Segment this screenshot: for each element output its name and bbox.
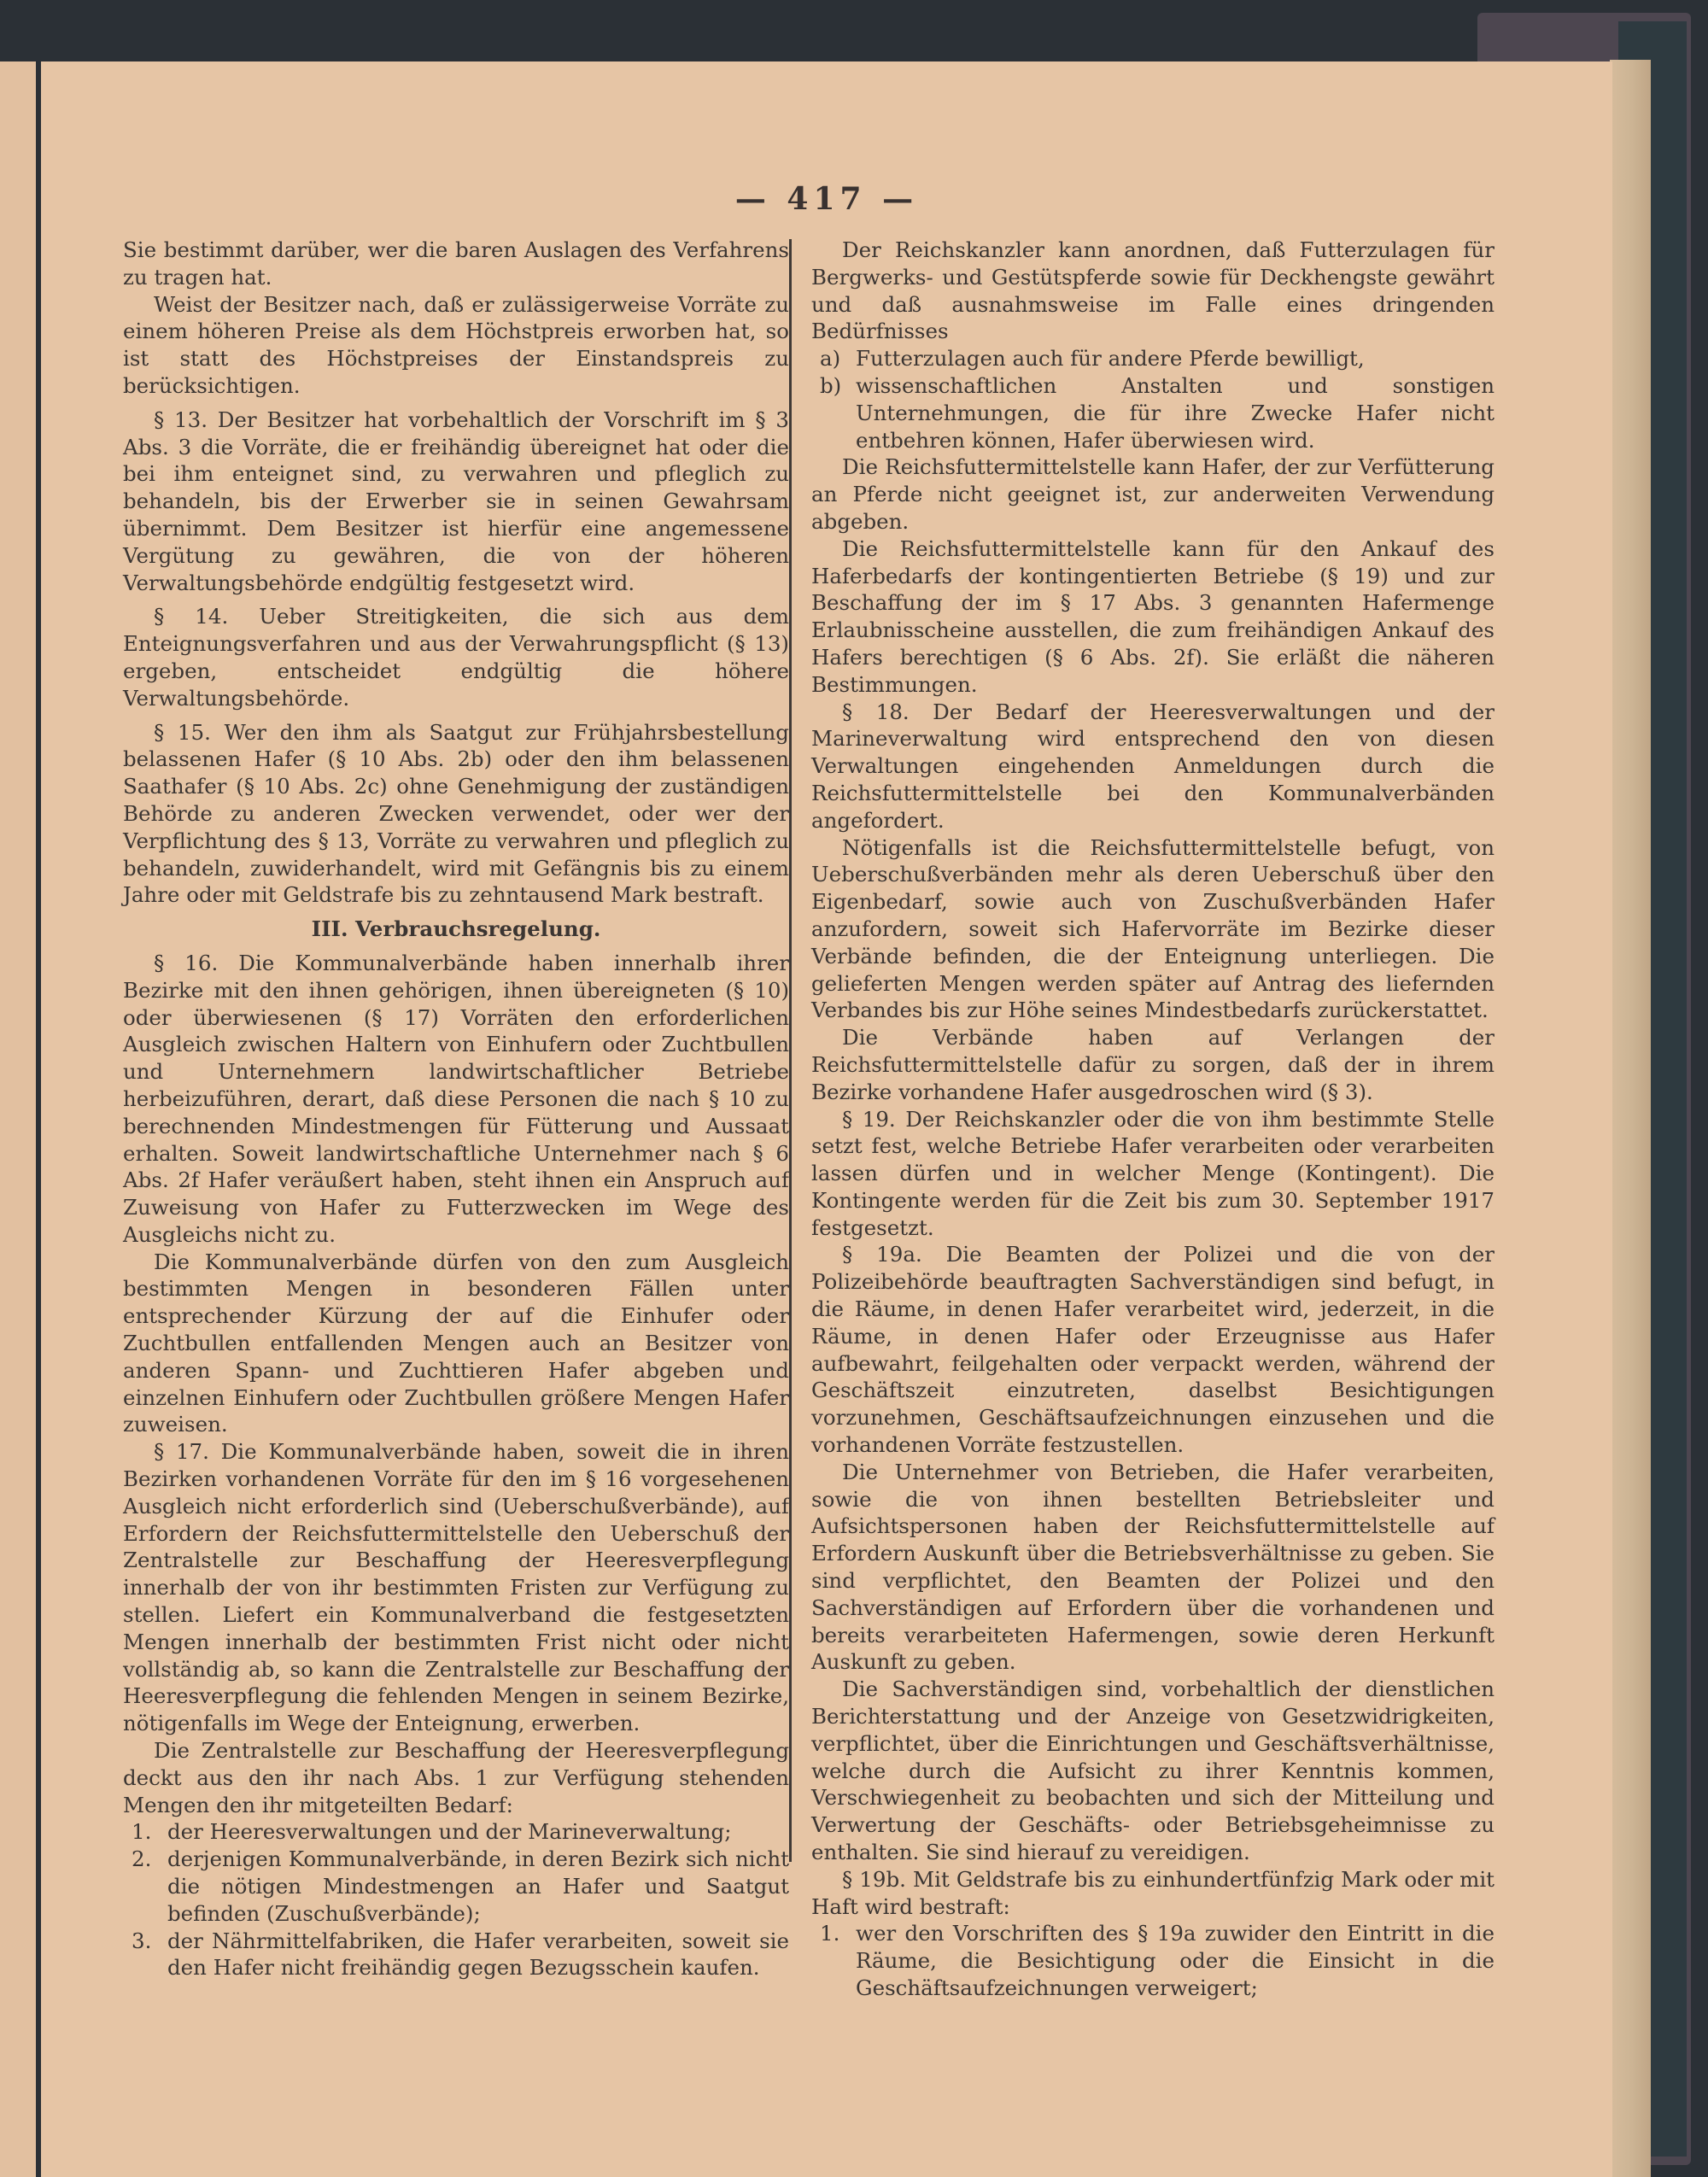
- facing-page-edge: [0, 61, 36, 2177]
- paragraph: Nötigenfalls ist die Reichsfuttermittels…: [811, 834, 1494, 1025]
- section-14: § 14. Ueber Streitigkeiten, die sich aus…: [123, 603, 789, 711]
- paragraph: Der Reichskanzler kann anordnen, daß Fut…: [811, 237, 1494, 345]
- section-heading: III. Verbrauchsregelung.: [123, 916, 789, 943]
- section-19: § 19. Der Reichskanzler oder die von ihm…: [811, 1106, 1494, 1242]
- section-19a: § 19a. Die Beamten der Polizei und die v…: [811, 1241, 1494, 1458]
- list-item: 1. wer den Vorschriften des § 19a zuwide…: [811, 1920, 1494, 2001]
- list-item: a) Futterzulagen auch für andere Pferde …: [811, 345, 1494, 372]
- left-column: Sie bestimmt darüber, wer die baren Ausl…: [123, 237, 789, 1981]
- list-item: b) wissenschaftlichen Anstalten und sons…: [811, 372, 1494, 454]
- list-item: 1. der Heeresverwaltungen und der Marine…: [123, 1818, 789, 1846]
- page-number: — 417 —: [41, 181, 1612, 217]
- paragraph: Die Sachverständigen sind, vorbehaltlich…: [811, 1676, 1494, 1866]
- column-divider: [789, 239, 792, 1862]
- paragraph: Die Verbände haben auf Verlangen der Rei…: [811, 1024, 1494, 1105]
- list-item: 2. derjenigen Kommunalverbände, in deren…: [123, 1846, 789, 1927]
- page-stack-edge: [1610, 60, 1651, 2177]
- document-page: — 417 — Sie bestimmt darüber, wer die ba…: [41, 61, 1612, 2177]
- paragraph: Die Kommunalverbände dürfen von den zum …: [123, 1249, 789, 1439]
- section-18: § 18. Der Bedarf der Heeresverwaltungen …: [811, 699, 1494, 834]
- paragraph: Weist der Besitzer nach, daß er zulässig…: [123, 291, 789, 400]
- section-16: § 16. Die Kommunalverbände haben innerha…: [123, 950, 789, 1249]
- paragraph: Sie bestimmt darüber, wer die baren Ausl…: [123, 237, 789, 291]
- section-13: § 13. Der Besitzer hat vorbehaltlich der…: [123, 407, 789, 597]
- paragraph: Die Zentralstelle zur Beschaffung der He…: [123, 1737, 789, 1818]
- paragraph: Die Reichsfuttermittelstelle kann Hafer,…: [811, 454, 1494, 535]
- right-column: Der Reichskanzler kann anordnen, daß Fut…: [811, 237, 1494, 2002]
- section-19b: § 19b. Mit Geldstrafe bis zu einhundertf…: [811, 1866, 1494, 1921]
- section-17: § 17. Die Kommunalverbände haben, soweit…: [123, 1438, 789, 1737]
- paragraph: Die Reichsfuttermittelstelle kann für de…: [811, 535, 1494, 699]
- section-15: § 15. Wer den ihm als Saatgut zur Frühja…: [123, 719, 789, 910]
- paragraph: Die Unternehmer von Betrieben, die Hafer…: [811, 1459, 1494, 1676]
- list-item: 3. der Nährmittelfabriken, die Hafer ver…: [123, 1928, 789, 1982]
